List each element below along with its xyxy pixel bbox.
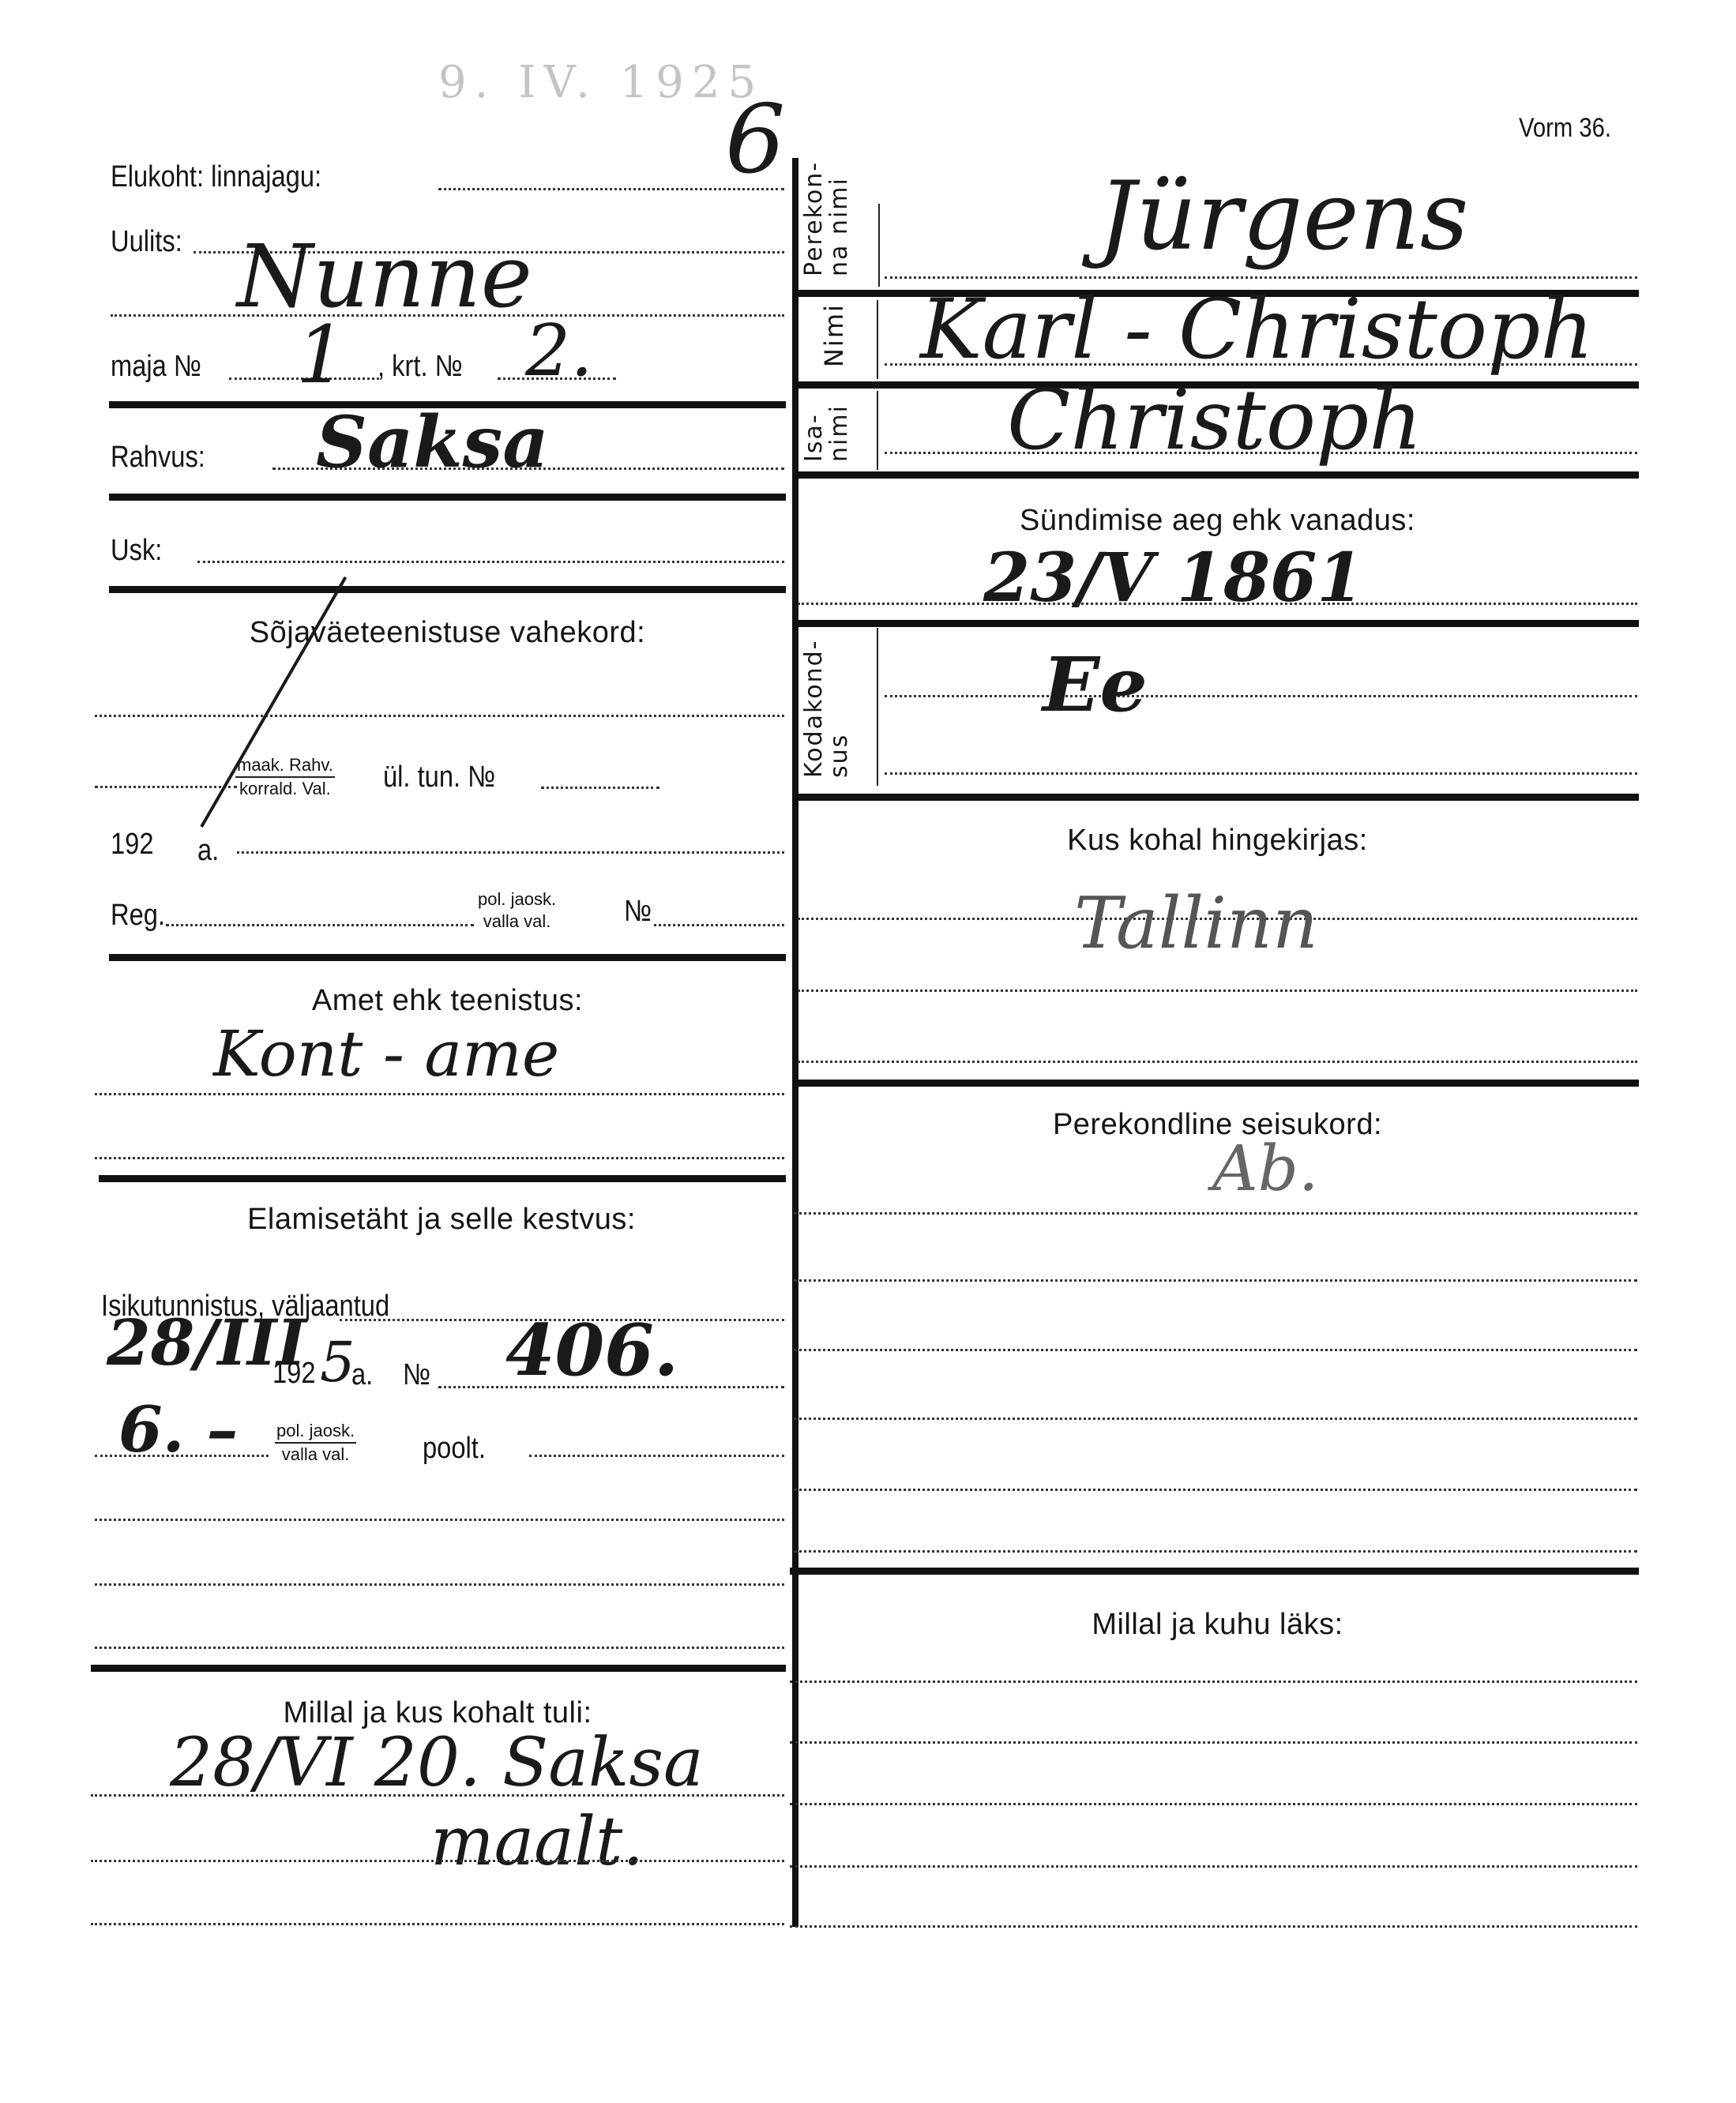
departure-field-line3[interactable] (790, 1803, 1637, 1805)
received-date-stamp: 9. IV. 1925 (438, 57, 764, 108)
id-number-label: № (403, 1360, 430, 1390)
card-number: 6 (725, 93, 785, 188)
parish-register-field-line3[interactable] (798, 1061, 1637, 1063)
marital-status-field-line6[interactable] (794, 1550, 1637, 1553)
citizenship-field-line2[interactable] (885, 772, 1637, 775)
residence-permit-field-line[interactable] (95, 1583, 784, 1586)
fraction-bottom: valla val. (478, 911, 556, 933)
fraction-top: maak. Rahv. (235, 754, 335, 778)
occupation-heading: Amet ehk teenistus: (111, 986, 784, 1016)
form-number: Vorm 36. (1519, 115, 1611, 141)
residence-permit-heading: Elamisetäht ja selle kestvus: (99, 1204, 784, 1234)
fraction-top: pol. jaosk. (275, 1420, 356, 1444)
id-issuer-field-right[interactable] (529, 1455, 784, 1457)
id-year-value: 5 (320, 1335, 355, 1390)
birth-heading: Sündimise aeg ehk vanadus: (798, 505, 1637, 535)
occupation-value: Kont - ame (213, 1023, 559, 1086)
house-label: maja № (111, 351, 201, 381)
house-number-value: 1 (296, 316, 347, 395)
center-divider (792, 158, 798, 1927)
occupation-field-line1[interactable] (95, 1093, 784, 1095)
patronymic-label: Isa- nimi (802, 404, 851, 462)
label-separator (877, 300, 878, 379)
divider (794, 794, 1639, 801)
parish-register-heading: Kus kohal hingekirjas: (798, 825, 1637, 855)
surname-field[interactable] (885, 276, 1637, 279)
first-name-label: Nimi (821, 303, 848, 367)
reg-label: Reg. (111, 900, 165, 930)
marital-status-field-line2[interactable] (794, 1279, 1637, 1282)
surname-label-line1: Perekon- (802, 161, 827, 276)
departure-field-line1[interactable] (790, 1681, 1637, 1683)
label-separator (877, 391, 878, 470)
street-field-line2[interactable] (111, 314, 784, 317)
id-year-suffix: a. (351, 1360, 373, 1390)
arrival-value-line1: 28/VI 20. Saksa (170, 1729, 704, 1797)
fraction-bottom: valla val. (275, 1444, 356, 1466)
divider (790, 1568, 1639, 1575)
patronymic-label-line1: Isa- (802, 404, 827, 462)
marital-status-field-line1[interactable] (794, 1212, 1637, 1215)
departure-heading: Millal ja kuhu läks: (798, 1609, 1637, 1639)
fraction-bottom: korrald. Val. (235, 778, 335, 800)
surname-value: Jürgens (1098, 170, 1468, 265)
citizenship-label: Kodakond- sus (802, 640, 851, 779)
arrival-field-line3[interactable] (91, 1923, 784, 1925)
departure-field-line4[interactable] (790, 1865, 1637, 1868)
residence-permit-field-line[interactable] (95, 1519, 784, 1521)
occupation-field-line2[interactable] (95, 1157, 784, 1159)
birth-field[interactable] (798, 603, 1637, 605)
departure-field-line5[interactable] (790, 1925, 1637, 1928)
reg-number-label: № (624, 896, 652, 926)
nationality-label: Rahvus: (111, 442, 205, 472)
military-year-prefix: 192 (111, 829, 154, 859)
patronymic-value: Christoph (1007, 379, 1422, 462)
surname-label-line2: na nimi (827, 161, 852, 276)
apartment-label: , krt. № (378, 351, 463, 381)
surname-label: Perekon- na nimi (802, 161, 851, 276)
divider (99, 1175, 786, 1182)
military-office-fraction: maak. Rahv. korrald. Val. (235, 754, 335, 799)
street-value: Nunne (237, 233, 532, 320)
label-separator (877, 628, 878, 786)
parish-register-value: Tallinn (1074, 888, 1318, 959)
district-field[interactable] (438, 188, 784, 190)
military-office-field[interactable] (95, 786, 237, 788)
label-separator (878, 204, 880, 287)
divider (109, 494, 786, 501)
marital-status-field-line5[interactable] (794, 1489, 1637, 1491)
divider (109, 954, 786, 961)
religion-label: Usk: (111, 535, 162, 565)
street-label: Uulits: (111, 227, 182, 257)
first-name-value: Karl - Christoph (920, 288, 1594, 371)
arrival-field-line2[interactable] (91, 1860, 784, 1862)
military-field-line1[interactable] (95, 715, 784, 717)
religion-field[interactable] (197, 561, 784, 563)
divider (91, 1665, 786, 1672)
marital-status-value: Ab. (1212, 1137, 1318, 1200)
military-heading: Sõjaväeteenistuse vahekord: (111, 618, 784, 648)
apartment-number-value: 2. (525, 316, 593, 387)
district-label: Elukoht: linnajagu: (111, 162, 321, 192)
arrival-value-line2: maalt. (430, 1808, 644, 1876)
reg-fraction: pol. jaosk. valla val. (478, 888, 556, 932)
citizenship-field-line1[interactable] (885, 695, 1637, 697)
divider (794, 620, 1639, 627)
military-office-number-field[interactable] (541, 787, 659, 789)
citizenship-label-line1: Kodakond- (802, 640, 827, 779)
id-issuer-suffix: poolt. (423, 1433, 486, 1463)
military-office-number-label: ül. tun. № (383, 762, 495, 792)
patronymic-label-line2: nimi (827, 404, 852, 462)
divider (794, 471, 1639, 479)
parish-register-field-line2[interactable] (798, 990, 1637, 992)
reg-number-field[interactable] (654, 924, 784, 926)
id-issuer-value: 6. – (118, 1398, 238, 1461)
arrival-field-line1[interactable] (91, 1794, 784, 1797)
marital-status-field-line3[interactable] (794, 1349, 1637, 1351)
nationality-value: Saksa (316, 407, 549, 478)
reg-field[interactable] (166, 924, 474, 926)
id-issuer-fraction: pol. jaosk. valla val. (275, 1420, 356, 1465)
departure-field-line2[interactable] (790, 1741, 1637, 1744)
marital-status-field-line4[interactable] (794, 1418, 1637, 1420)
id-number-value: 406. (505, 1315, 678, 1386)
citizenship-label-line2: sus (827, 640, 852, 779)
fraction-top: pol. jaosk. (478, 888, 556, 911)
id-year-prefix: 192 (272, 1358, 316, 1388)
divider (794, 1080, 1639, 1087)
id-issuer-field[interactable] (95, 1455, 269, 1457)
military-year-suffix: a. (197, 836, 219, 866)
residence-permit-field-line[interactable] (95, 1647, 784, 1649)
citizenship-value: Ee (1043, 648, 1148, 723)
military-year-field[interactable] (237, 851, 784, 854)
divider (109, 586, 786, 593)
